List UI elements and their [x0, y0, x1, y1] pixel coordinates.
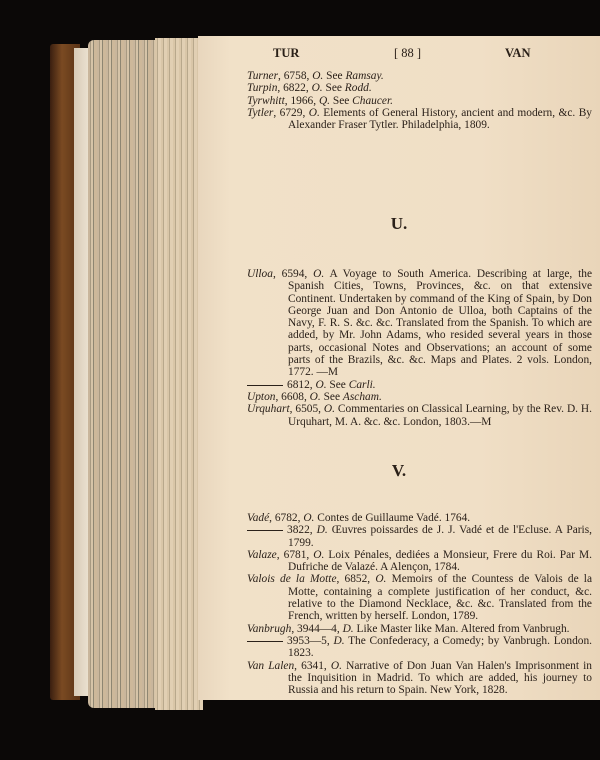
- entry-number: , 3944—4,: [291, 623, 342, 635]
- entry-number: , 6782,: [269, 512, 303, 524]
- entry-format: D.: [317, 524, 328, 536]
- index-entry: 3822, D. Œuvres poissardes de J. J. Vadé…: [247, 524, 592, 549]
- entry-reference: Ascham.: [343, 391, 382, 403]
- index-entry: 3953—5, D. The Confederacy, a Comedy; by…: [247, 635, 592, 660]
- entry-number: , 6594,: [273, 268, 313, 280]
- ditto-dash: [247, 385, 283, 386]
- index-entry: Upton, 6608, O. See Ascham.: [247, 391, 592, 403]
- entry-description: A Voyage to South America. Describing at…: [288, 268, 592, 378]
- entry-number: 3953—5,: [287, 635, 333, 647]
- entries-u: Ulloa, 6594, O. A Voyage to South Americ…: [247, 268, 592, 428]
- ditto-dash: [247, 641, 283, 642]
- entry-format: O.: [313, 549, 324, 561]
- entry-name: Tyrwhitt: [247, 95, 285, 107]
- index-entry: Ulloa, 6594, O. A Voyage to South Americ…: [247, 268, 592, 379]
- index-entry: Turpin, 6822, O. See Rodd.: [247, 82, 592, 94]
- entry-name: Valaze: [247, 549, 277, 561]
- index-entry: Vadé, 6782, O. Contes de Guillaume Vadé.…: [247, 512, 592, 524]
- entry-reference: Rodd.: [345, 82, 372, 94]
- running-head-right: VAN: [505, 46, 530, 61]
- entry-name: Turpin: [247, 82, 277, 94]
- entry-number: , 6505,: [290, 403, 324, 415]
- entry-format: O.: [303, 512, 314, 524]
- book-page: TUR [ 88 ] VAN Turner, 6758, O. See Rams…: [198, 36, 600, 700]
- entry-description: Contes de Guillaume Vadé. 1764.: [314, 512, 470, 524]
- entry-format: O.: [309, 107, 320, 119]
- entries-v: Vadé, 6782, O. Contes de Guillaume Vadé.…: [247, 512, 592, 696]
- index-entry: Valaze, 6781, O. Loix Pénales, dediées a…: [247, 549, 592, 574]
- entry-description: See: [321, 391, 343, 403]
- entry-number: , 1966,: [285, 95, 319, 107]
- entry-number: , 6758,: [278, 70, 312, 82]
- entry-number: , 6781,: [277, 549, 314, 561]
- entry-description: Like Master like Man. Altered from Vanbr…: [354, 623, 570, 635]
- entry-description: Loix Pénales, dediées a Monsieur, Frere …: [288, 549, 592, 573]
- entry-name: Valois de la Motte: [247, 573, 337, 585]
- entry-format: O.: [331, 660, 342, 672]
- entry-description: Elements of General History, ancient and…: [288, 107, 592, 131]
- entry-name: Vanbrugh: [247, 623, 291, 635]
- entry-format: O.: [324, 403, 335, 415]
- index-entry: Turner, 6758, O. See Ramsay.: [247, 70, 592, 82]
- entry-description: See: [330, 95, 352, 107]
- entry-number: 6812,: [287, 379, 315, 391]
- index-entry: Tyrwhitt, 1966, Q. See Chaucer.: [247, 95, 592, 107]
- entry-name: Vadé: [247, 512, 269, 524]
- section-heading-u: U.: [198, 214, 600, 234]
- entry-name: Upton: [247, 391, 275, 403]
- entry-number: 3822,: [287, 524, 317, 536]
- entry-format: D.: [343, 623, 354, 635]
- entry-description: Œuvres poissardes de J. J. Vadé et de l'…: [288, 524, 592, 548]
- entry-number: , 6729,: [273, 107, 308, 119]
- index-entry: Van Lalen, 6341, O. Narrative of Don Jua…: [247, 660, 592, 697]
- entry-format: O.: [375, 573, 386, 585]
- running-head-left: TUR: [273, 46, 299, 61]
- entry-name: Turner: [247, 70, 278, 82]
- index-entry: Valois de la Motte, 6852, O. Memoirs of …: [247, 573, 592, 622]
- entry-name: Van Lalen: [247, 660, 294, 672]
- index-entry: Vanbrugh, 3944—4, D. Like Master like Ma…: [247, 623, 592, 635]
- ditto-dash: [247, 530, 283, 531]
- page-edges-inner: [155, 38, 203, 710]
- entry-name: Urquhart: [247, 403, 290, 415]
- entry-name: Tytler: [247, 107, 273, 119]
- entry-format: D.: [333, 635, 344, 647]
- entry-description: See: [327, 379, 349, 391]
- index-entry: Tytler, 6729, O. Elements of General His…: [247, 107, 592, 132]
- entry-number: , 6852,: [337, 573, 376, 585]
- entry-reference: Ramsay.: [345, 70, 383, 82]
- entry-format: Q.: [319, 95, 330, 107]
- section-heading-v: V.: [198, 461, 600, 481]
- entry-number: , 6822,: [277, 82, 311, 94]
- entry-name: Ulloa: [247, 268, 273, 280]
- entry-format: O.: [310, 391, 321, 403]
- entry-number: , 6608,: [275, 391, 309, 403]
- entry-format: O.: [312, 82, 323, 94]
- entry-format: O.: [315, 379, 326, 391]
- page-number: [ 88 ]: [394, 46, 421, 61]
- entry-format: O.: [313, 268, 324, 280]
- entry-description: See: [323, 70, 345, 82]
- entry-number: , 6341,: [294, 660, 331, 672]
- index-entry: Urquhart, 6505, O. Commentaries on Class…: [247, 403, 592, 428]
- entry-format: O.: [312, 70, 323, 82]
- entry-description: See: [323, 82, 345, 94]
- entry-reference: Chaucer.: [352, 95, 393, 107]
- index-entry: 6812, O. See Carli.: [247, 379, 592, 391]
- entries-tur: Turner, 6758, O. See Ramsay.Turpin, 6822…: [247, 70, 592, 131]
- entry-reference: Carli.: [349, 379, 376, 391]
